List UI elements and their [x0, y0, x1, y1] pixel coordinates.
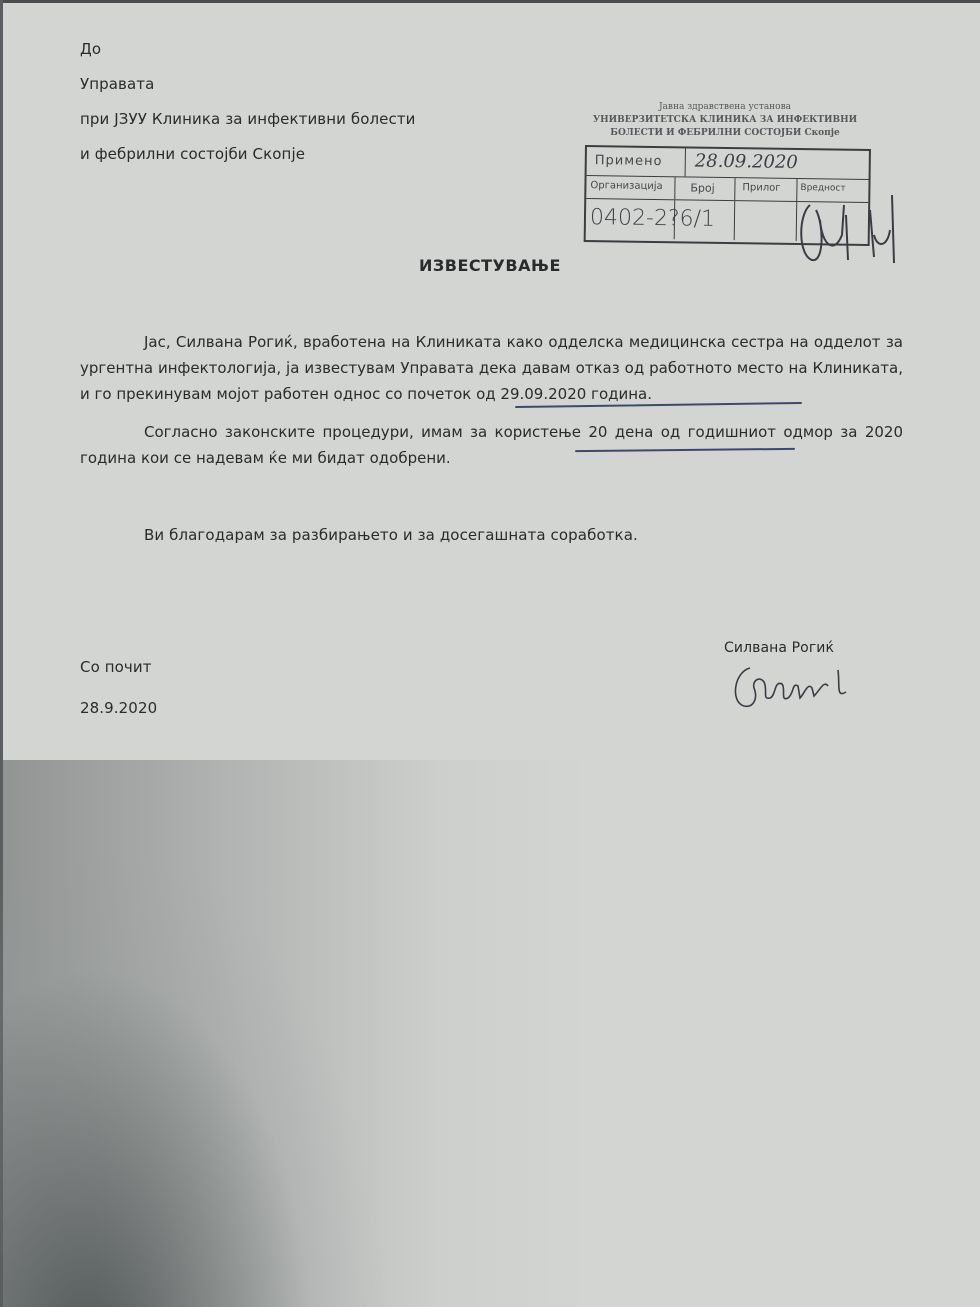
stamp-received-date: 28.09.2020	[695, 151, 798, 173]
stamp-col-unit: Организација	[590, 180, 662, 192]
document-page: До Управата при ЈЗУУ Клиника за инфектив…	[0, 0, 980, 1307]
body-paragraph-3: Ви благодарам за разбирањето и за досега…	[144, 526, 638, 544]
closing-salutation: Со почит	[80, 658, 152, 676]
stamp-unit-number: 0402-2?6/1	[590, 205, 715, 232]
photo-edge-top	[0, 0, 980, 3]
stamp-header-line-2: УНИВЕРЗИТЕТСКА КЛИНИКА ЗА ИНФЕКТИВНИ	[580, 115, 870, 125]
stamp-header-line-3: БОЛЕСТИ И ФЕБРИЛНИ СОСТОЈБИ Скопје	[580, 128, 870, 138]
closing-date: 28.9.2020	[80, 699, 157, 717]
stamp-col-attachment: Прилог	[742, 182, 780, 194]
recipient-line-1: Управата	[80, 75, 154, 93]
stamp-col-number: Број	[690, 181, 715, 194]
body-paragraph-1: Јас, Силвана Рогиќ, вработена на Клиника…	[80, 329, 903, 407]
handwritten-signature	[728, 658, 858, 713]
signer-name: Силвана Рогиќ	[724, 640, 834, 656]
recipient-to: До	[80, 40, 101, 58]
document-title: ИЗВЕСТУВАЊЕ	[0, 256, 980, 275]
stamp-header-line-1: Јавна здравствена установа	[580, 102, 870, 112]
stamp-received-label: Примено	[595, 153, 663, 169]
photo-shadow	[0, 760, 980, 1307]
recipient-line-3: и фебрилни состојби Скопје	[80, 145, 305, 163]
recipient-line-2: при ЈЗУУ Клиника за инфективни болести	[80, 110, 416, 128]
body-paragraph-2: Согласно законските процедури, имам за к…	[80, 419, 903, 471]
